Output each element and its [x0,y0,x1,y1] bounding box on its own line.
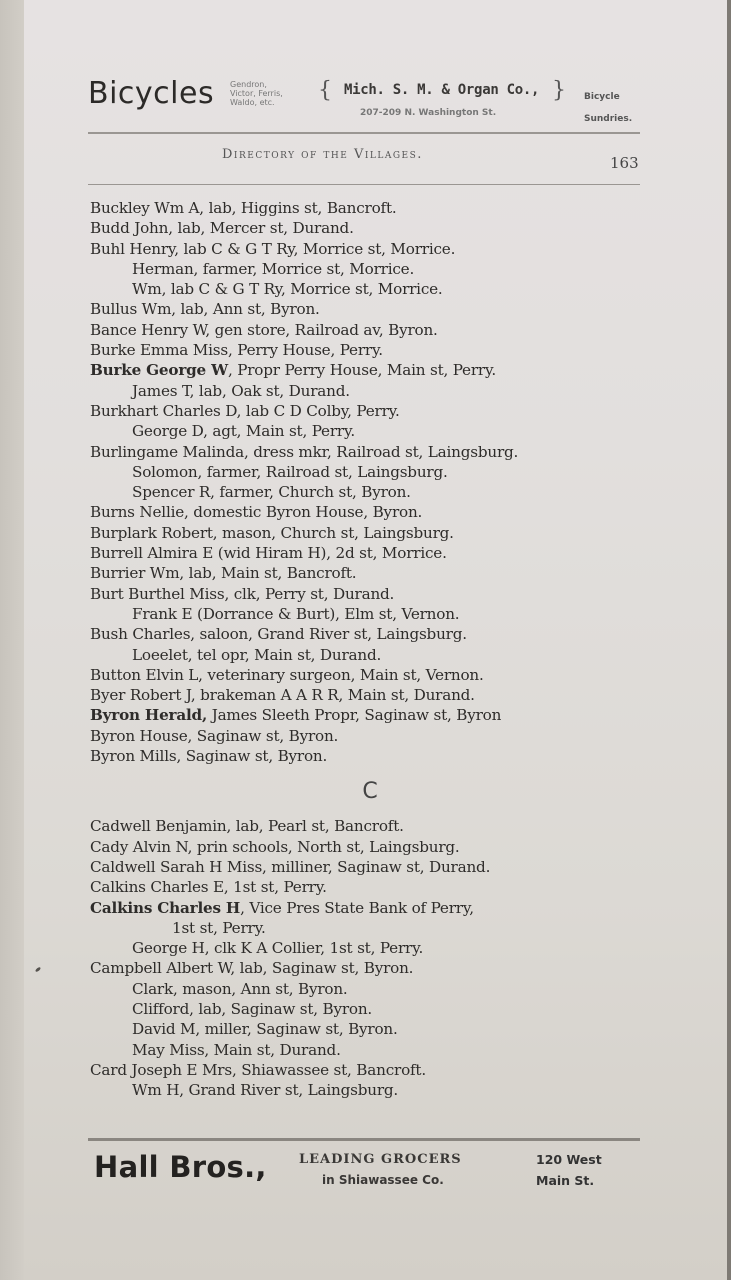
entry-text: Calkins Charles E, 1st st, Perry. [90,878,327,896]
directory-entry: George H, clk K A Collier, 1st st, Perry… [90,938,650,958]
directory-entry: Buhl Henry, lab C & G T Ry, Morrice st, … [90,239,650,259]
entry-text: Burkhart Charles D, lab C D Colby, Perry… [90,402,400,420]
ad-brand: Gendron, [230,80,310,89]
entry-text: Byer Robert J, brakeman A A R R, Main st… [90,686,475,704]
directory-entry: Byron Mills, Saginaw st, Byron. [90,746,650,766]
directory-entry: Wm, lab C & G T Ry, Morrice st, Morrice. [90,279,650,299]
entry-text: Burke Emma Miss, Perry House, Perry. [90,341,383,359]
directory-entry: Burke George W, Propr Perry House, Main … [90,360,650,380]
page-number: 163 [610,154,639,172]
entry-text: Clark, mason, Ann st, Byron. [132,980,348,998]
directory-entry: James T, lab, Oak st, Durand. [90,381,650,401]
entry-bold-name: Byron Herald, [90,706,207,724]
ad-company: Mich. S. M. & Organ Co., [344,82,539,98]
ad-side-top: Bicycle [584,86,632,108]
entry-text: Caldwell Sarah H Miss, milliner, Saginaw… [90,858,490,876]
header-advertisement: Bicycles Gendron, Victor, Ferris, Waldo,… [88,74,643,130]
directory-listing: Buckley Wm A, lab, Higgins st, Bancroft.… [90,198,650,1100]
entry-text: David M, miller, Saginaw st, Byron. [132,1020,398,1038]
directory-entry: Bush Charles, saloon, Grand River st, La… [90,624,650,644]
brace-icon: } [552,80,566,102]
directory-entry: Cady Alvin N, prin schools, North st, La… [90,837,650,857]
entry-text: Burt Burthel Miss, clk, Perry st, Durand… [90,585,394,603]
directory-entry: Clark, mason, Ann st, Byron. [90,979,650,999]
directory-entry: Clifford, lab, Saginaw st, Byron. [90,999,650,1019]
entry-text: , Vice Pres State Bank of Perry, [240,899,474,917]
entry-text: , Propr Perry House, Main st, Perry. [228,361,496,379]
entry-text: Wm H, Grand River st, Laingsburg. [132,1081,398,1099]
directory-entry: Burke Emma Miss, Perry House, Perry. [90,340,650,360]
directory-entry: Burlingame Malinda, dress mkr, Railroad … [90,442,650,462]
entry-text: Cady Alvin N, prin schools, North st, La… [90,838,460,856]
entry-text: Wm, lab C & G T Ry, Morrice st, Morrice. [132,280,443,298]
ad-tagline-top: LEADING GROCERS [299,1152,462,1167]
directory-entry: Caldwell Sarah H Miss, milliner, Saginaw… [90,857,650,877]
directory-entry: Burrell Almira E (wid Hiram H), 2d st, M… [90,543,650,563]
directory-entry: George D, agt, Main st, Perry. [90,421,650,441]
entry-text: James Sleeth Propr, Saginaw st, Byron [207,706,501,724]
entry-text: George D, agt, Main st, Perry. [132,422,355,440]
entry-bold-name: Calkins Charles H [90,899,240,917]
ad-side-bottom: Sundries. [584,108,632,130]
footer-advertisement: Hall Bros., LEADING GROCERS in Shiawasse… [94,1144,634,1194]
entry-bold-name: Burke George W [90,361,228,379]
directory-entry: Burrier Wm, lab, Main st, Bancroft. [90,563,650,583]
entries-c: Cadwell Benjamin, lab, Pearl st, Bancrof… [90,816,650,1100]
brace-icon: { [318,80,332,102]
directory-entry: Byron Herald, James Sleeth Propr, Sagina… [90,705,650,725]
directory-entry: David M, miller, Saginaw st, Byron. [90,1019,650,1039]
running-head-title: Directory of the Villages. [222,147,423,162]
directory-entry: Wm H, Grand River st, Laingsburg. [90,1080,650,1100]
entry-text: Byron Mills, Saginaw st, Byron. [90,747,327,765]
directory-entry: Burt Burthel Miss, clk, Perry st, Durand… [90,584,650,604]
directory-entry: Byron House, Saginaw st, Byron. [90,726,650,746]
directory-entry: Card Joseph E Mrs, Shiawassee st, Bancro… [90,1060,650,1080]
directory-entry: Budd John, lab, Mercer st, Durand. [90,218,650,238]
entry-text: Spencer R, farmer, Church st, Byron. [132,483,411,501]
ad-tagline-bottom: in Shiawassee Co. [322,1173,444,1187]
ad-brand: Waldo, etc. [230,98,310,107]
entry-text: May Miss, Main st, Durand. [132,1041,341,1059]
entry-text: George H, clk K A Collier, 1st st, Perry… [132,939,423,957]
entry-text: Frank E (Dorrance & Burt), Elm st, Verno… [132,605,459,623]
entry-text: James T, lab, Oak st, Durand. [132,382,350,400]
entry-text: 1st st, Perry. [172,919,266,937]
directory-entry: Calkins Charles H, Vice Pres State Bank … [90,898,650,918]
ad-address: 207-209 N. Washington St. [360,108,496,118]
directory-entry: May Miss, Main st, Durand. [90,1040,650,1060]
directory-entry: Herman, farmer, Morrice st, Morrice. [90,259,650,279]
entry-text: Card Joseph E Mrs, Shiawassee st, Bancro… [90,1061,426,1079]
entry-text: Burns Nellie, domestic Byron House, Byro… [90,503,422,521]
directory-entry: Bance Henry W, gen store, Railroad av, B… [90,320,650,340]
book-gutter [0,0,24,1280]
ad-title: Hall Bros., [94,1150,267,1184]
ad-title: Bicycles [88,76,214,111]
entry-text: Byron House, Saginaw st, Byron. [90,727,338,745]
divider-rule [88,1138,640,1141]
directory-entry: Loeelet, tel opr, Main st, Durand. [90,645,650,665]
entry-text: Buckley Wm A, lab, Higgins st, Bancroft. [90,199,396,217]
entry-text: Buhl Henry, lab C & G T Ry, Morrice st, … [90,240,455,258]
entry-text: Campbell Albert W, lab, Saginaw st, Byro… [90,959,413,977]
page-edge [727,0,731,1280]
section-letter: C [90,774,650,810]
directory-entry: Button Elvin L, veterinary surgeon, Main… [90,665,650,685]
entry-text: Solomon, farmer, Railroad st, Laingsburg… [132,463,448,481]
directory-entry: Cadwell Benjamin, lab, Pearl st, Bancrof… [90,816,650,836]
ad-brand: Victor, Ferris, [230,89,310,98]
directory-entry: 1st st, Perry. [90,918,650,938]
directory-entry: Burkhart Charles D, lab C D Colby, Perry… [90,401,650,421]
ad-brands: Gendron, Victor, Ferris, Waldo, etc. [230,80,310,107]
directory-entry: Bullus Wm, lab, Ann st, Byron. [90,299,650,319]
directory-entry: Burplark Robert, mason, Church st, Laing… [90,523,650,543]
entry-text: Herman, farmer, Morrice st, Morrice. [132,260,414,278]
entries-b: Buckley Wm A, lab, Higgins st, Bancroft.… [90,198,650,766]
ad-address-top: 120 West [536,1152,602,1167]
entry-text: Burplark Robert, mason, Church st, Laing… [90,524,454,542]
directory-entry: Spencer R, farmer, Church st, Byron. [90,482,650,502]
directory-entry: Burns Nellie, domestic Byron House, Byro… [90,502,650,522]
ad-address-bottom: Main St. [536,1173,594,1188]
directory-entry: Frank E (Dorrance & Burt), Elm st, Verno… [90,604,650,624]
entry-text: Loeelet, tel opr, Main st, Durand. [132,646,381,664]
entry-text: Bance Henry W, gen store, Railroad av, B… [90,321,438,339]
entry-text: Burlingame Malinda, dress mkr, Railroad … [90,443,518,461]
directory-entry: Byer Robert J, brakeman A A R R, Main st… [90,685,650,705]
directory-entry: Calkins Charles E, 1st st, Perry. [90,877,650,897]
entry-text: Cadwell Benjamin, lab, Pearl st, Bancrof… [90,817,404,835]
entry-text: Bullus Wm, lab, Ann st, Byron. [90,300,320,318]
entry-text: Burrier Wm, lab, Main st, Bancroft. [90,564,356,582]
directory-entry: Solomon, farmer, Railroad st, Laingsburg… [90,462,650,482]
entry-text: Bush Charles, saloon, Grand River st, La… [90,625,467,643]
directory-entry: Buckley Wm A, lab, Higgins st, Bancroft. [90,198,650,218]
entry-text: Clifford, lab, Saginaw st, Byron. [132,1000,372,1018]
entry-text: Budd John, lab, Mercer st, Durand. [90,219,354,237]
entry-text: Burrell Almira E (wid Hiram H), 2d st, M… [90,544,447,562]
ad-side-text: Bicycle Sundries. [584,86,632,130]
divider-rule [88,132,640,134]
directory-entry: Campbell Albert W, lab, Saginaw st, Byro… [90,958,650,978]
divider-rule [88,184,640,185]
entry-text: Button Elvin L, veterinary surgeon, Main… [90,666,484,684]
